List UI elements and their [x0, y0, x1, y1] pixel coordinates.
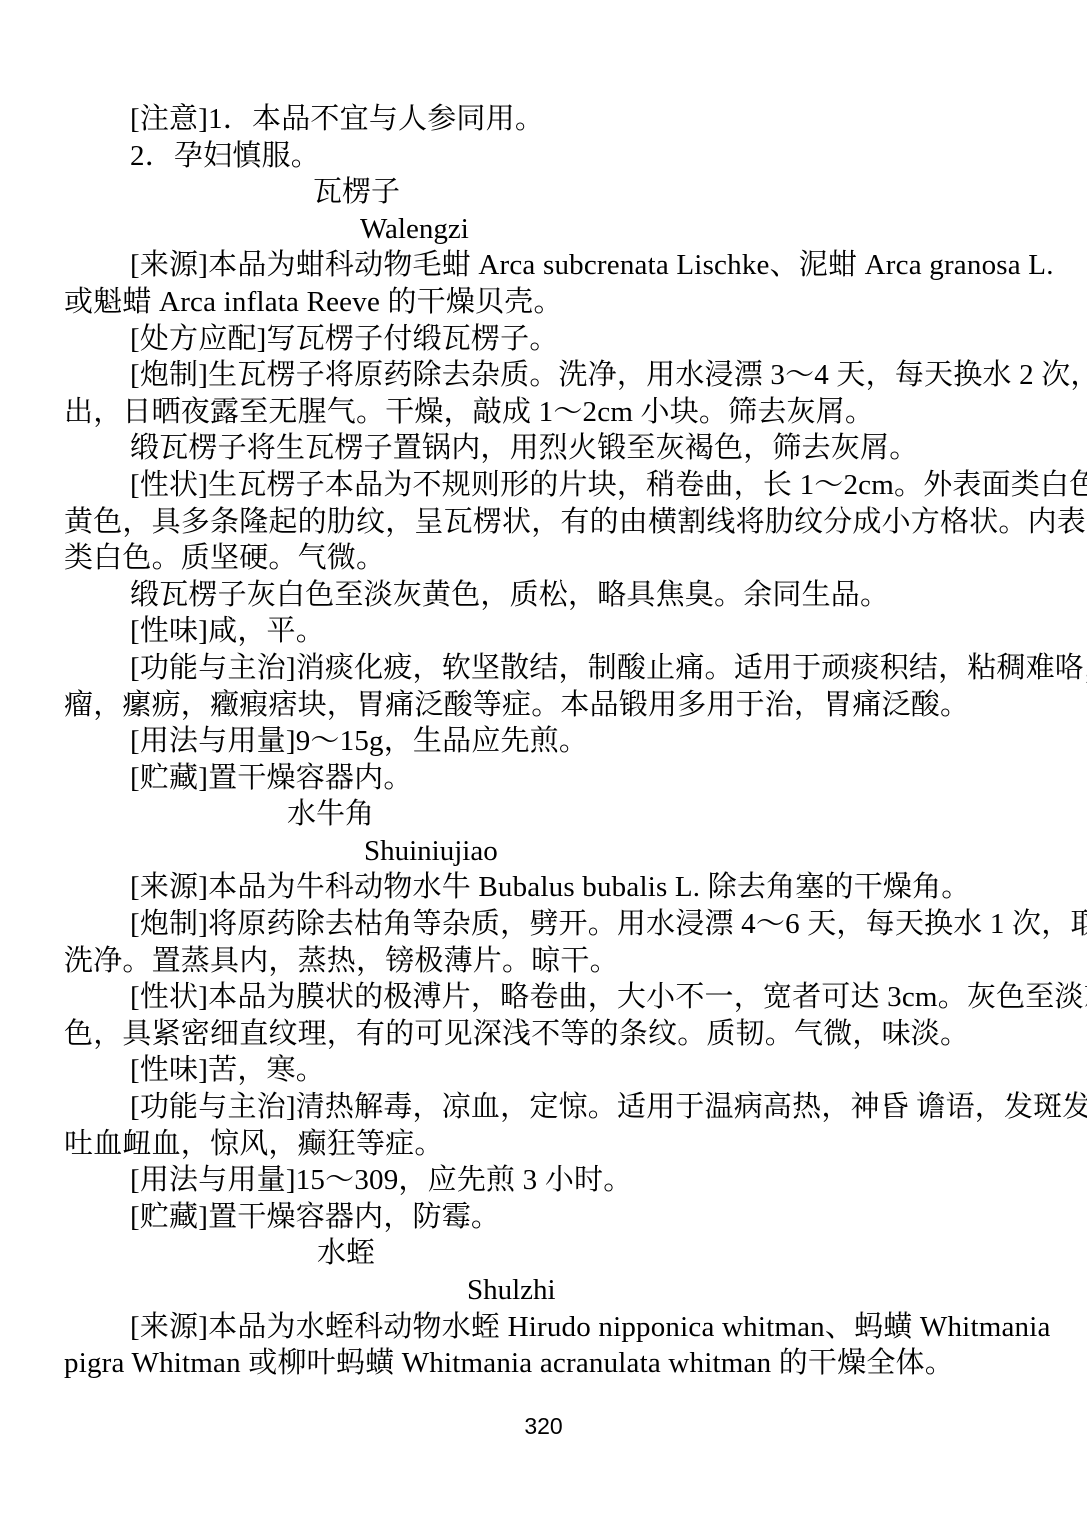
text-line: 缎瓦楞子灰白色至淡灰黄色，质松，略具焦臭。余同生品。: [64, 577, 1024, 614]
text-content: [注意]1．本品不宜与人参同用。2．孕妇慎服。瓦楞子Walengzi[来源]本品…: [64, 101, 1024, 1382]
text-line: 吐血衄血，惊风，癫狂等症。: [64, 1126, 1024, 1163]
text-line: 缎瓦楞子将生瓦楞子置锅内，用烈火锻至灰褐色，筛去灰屑。: [64, 430, 1024, 467]
text-line: [用法与用量]15～309，应先煎 3 小时。: [64, 1162, 1024, 1199]
page-number: 320: [524, 1413, 562, 1439]
section-title-cn: 瓦楞子: [64, 174, 1024, 211]
note-line: [注意]1．本品不宜与人参同用。: [64, 101, 1024, 138]
text-line: [来源]本品为蚶科动物毛蚶 Arca subcrenata Lischke、泥蚶…: [64, 247, 1024, 284]
text-line: [性状]生瓦楞子本品为不规则形的片块，稍卷曲，长 1～2cm。外表面类白色至灰: [64, 467, 1024, 504]
text-line: [性味]苦，寒。: [64, 1052, 1024, 1089]
text-line: [贮藏]置干燥容器内，防霉。: [64, 1199, 1024, 1236]
text-line: [处方应配]写瓦楞子付缎瓦楞子。: [64, 321, 1024, 358]
text-line: 黄色，具多条隆起的肋纹，呈瓦楞状，有的由横割线将肋纹分成小方格状。内表面平清，: [64, 504, 1024, 541]
text-line: [来源]本品为水蛭科动物水蛭 Hirudo nipponica whitman、…: [64, 1309, 1024, 1346]
text-line: 瘤，瘰疬，癥瘕痞块，胃痛泛酸等症。本品锻用多用于治，胃痛泛酸。: [64, 687, 1024, 724]
text-line: [来源]本品为牛科动物水牛 Bubalus bubalis L. 除去角塞的干燥…: [64, 869, 1024, 906]
text-line: 洗净。置蒸具内，蒸热，镑极薄片。晾干。: [64, 943, 1024, 980]
text-line: [贮藏]置干燥容器内。: [64, 760, 1024, 797]
section-title-pinyin: Walengzi: [64, 211, 1024, 248]
text-line: [功能与主治]清热解毒，凉血，定惊。适用于温病高热，神昏 谵语，发斑发疹，: [64, 1089, 1024, 1126]
section-title-pinyin: Shuiniujiao: [64, 833, 1024, 870]
page-footer: 320: [0, 1413, 1087, 1440]
text-line: [性状]本品为膜状的极溥片，略卷曲，大小不一，宽者可达 3cm。灰色至淡灰黑: [64, 979, 1024, 1016]
text-line: pigra Whitman 或柳叶蚂蟥 Whitmania acranulata…: [64, 1345, 1024, 1382]
text-line: 或魁蜡 Arca inflata Reeve 的干燥贝壳。: [64, 284, 1024, 321]
section-title-cn: 水牛角: [64, 796, 1024, 833]
text-line: 色，具紧密细直纹理，有的可见深浅不等的条纹。质韧。气微，味淡。: [64, 1016, 1024, 1053]
text-line: 出，日晒夜露至无腥气。干燥，敲成 1～2cm 小块。筛去灰屑。: [64, 394, 1024, 431]
text-line: [功能与主治]消痰化疲，软坚散结，制酸止痛。适用于顽痰积结，粘稠难咯，瘿: [64, 650, 1024, 687]
section-title-pinyin: Shulzhi: [64, 1272, 1024, 1309]
text-line: 类白色。质坚硬。气微。: [64, 540, 1024, 577]
text-line: [用法与用量]9～15g，生品应先煎。: [64, 723, 1024, 760]
text-line: [性味]咸，平。: [64, 613, 1024, 650]
section-title-cn: 水蛭: [64, 1235, 1024, 1272]
document-page: [注意]1．本品不宜与人参同用。2．孕妇慎服。瓦楞子Walengzi[来源]本品…: [0, 0, 1087, 1536]
note-line: 2．孕妇慎服。: [64, 138, 1024, 175]
text-line: [炮制]将原药除去枯角等杂质，劈开。用水浸漂 4～6 天，每天换水 1 次，取出…: [64, 906, 1024, 943]
text-line: [炮制]生瓦楞子将原药除去杂质。洗净，用水浸漂 3～4 天，每天换水 2 次，取: [64, 357, 1024, 394]
